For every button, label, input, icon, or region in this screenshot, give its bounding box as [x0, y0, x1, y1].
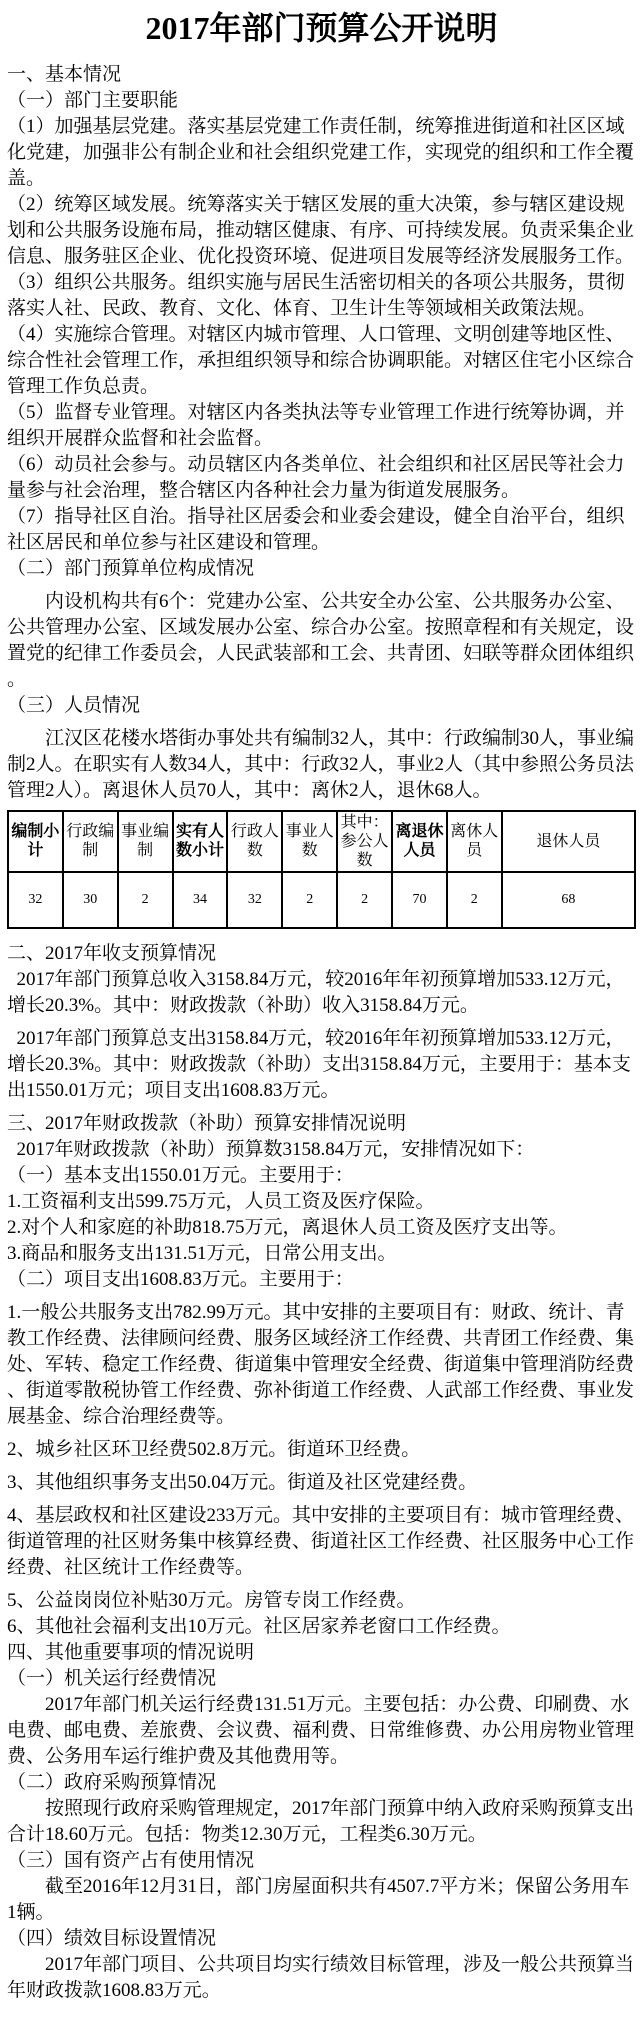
subsection-heading-1-2: （二）部门预算单位构成情况	[7, 556, 636, 582]
col-header-shiye-bianzhi: 事业编制	[118, 811, 173, 872]
subsection-heading-4-3: （三）国有资产占有使用情况	[7, 1848, 636, 1874]
cell-retired-total: 70	[392, 872, 447, 928]
subsection-heading-1-3: （三）人员情况	[7, 693, 636, 719]
subsection-heading-3-2: （二）项目支出1608.83万元。主要用于：	[7, 1267, 636, 1293]
paragraph-project-item-2: 2、城乡社区环卫经费502.8万元。街道环卫经费。	[7, 1437, 636, 1463]
paragraph-duty-1: （1）加强基层党建。落实基层党建工作责任制，统筹推进街道和社区区域化党建，加强非…	[7, 114, 636, 192]
paragraph-duty-5: （5）监督专业管理。对辖区内各类执法等专业管理工作进行统筹协调，并组织开展群众监…	[7, 400, 636, 452]
cell-actual-subtotal: 34	[173, 872, 228, 928]
col-header-lixiu: 离休人员	[447, 811, 502, 872]
col-header-actual-subtotal: 实有人数小计	[173, 811, 228, 872]
paragraph-operating-cost: 2017年部门机关运行经费131.51万元。主要包括：办公费、印刷费、水电费、邮…	[7, 1692, 636, 1770]
paragraph-duty-6: （6）动员社会参与。动员辖区内各类单位、社会组织和社区居民等社会力量参与社会治理…	[7, 452, 636, 504]
paragraph-project-item-1: 1.一般公共服务支出782.99万元。其中安排的主要项目有：财政、统计、青教工作…	[7, 1300, 636, 1430]
col-header-admin-count: 行政人数	[227, 811, 282, 872]
col-header-retired-total: 离退休人员	[392, 811, 447, 872]
paragraph-duty-3: （3）组织公共服务。组织实施与居民生活密切相关的各项公共服务，贯彻落实人社、民政…	[7, 270, 636, 322]
paragraph-staffing: 江汉区花楼水塔街办事处共有编制32人，其中：行政编制30人，事业编制2人。在职实…	[7, 726, 636, 804]
paragraph-project-item-3: 3、其他组织事务支出50.04万元。街道及社区党建经费。	[7, 1470, 636, 1496]
budget-document: 2017年部门预算公开说明 一、基本情况 （一）部门主要职能 （1）加强基层党建…	[0, 0, 640, 2018]
col-header-tuixiu: 退休人员	[502, 811, 635, 872]
table-header-row: 编制小计 行政编制 事业编制 实有人数小计 行政人数 事业人数 其中：参公人数 …	[8, 811, 635, 872]
paragraph-basic-item-3: 3.商品和服务支出131.51万元，日常公用支出。	[7, 1241, 636, 1267]
subsection-heading-4-4: （四）绩效目标设置情况	[7, 1926, 636, 1952]
paragraph-basic-item-1: 1.工资福利支出599.75万元，人员工资及医疗保险。	[7, 1189, 636, 1215]
cell-shiye-count: 2	[282, 872, 337, 928]
paragraph-expense: 2017年部门预算总支出3158.84万元，较2016年年初预算增加533.12…	[7, 1026, 636, 1104]
paragraph-project-item-6: 6、其他社会福利支出10万元。社区居家养老窗口工作经费。	[7, 1614, 636, 1640]
subsection-heading-4-2: （二）政府采购预算情况	[7, 1770, 636, 1796]
cell-cangong-count: 2	[337, 872, 392, 928]
paragraph-income: 2017年部门预算总收入3158.84万元，较2016年年初预算增加533.12…	[7, 967, 636, 1019]
paragraph-procurement: 按照现行政府采购管理规定，2017年部门预算中纳入政府采购预算支出合计18.60…	[7, 1796, 636, 1848]
paragraph-project-item-5: 5、公益岗岗位补贴30万元。房管专岗工作经费。	[7, 1588, 636, 1614]
cell-shiye-bianzhi: 2	[118, 872, 173, 928]
page-title: 2017年部门预算公开说明	[7, 8, 636, 50]
subsection-heading-3-1: （一）基本支出1550.01万元。主要用于：	[7, 1163, 636, 1189]
paragraph-basic-item-2: 2.对个人和家庭的补助818.75万元，离退休人员工资及医疗支出等。	[7, 1215, 636, 1241]
section-heading-3: 三、2017年财政拨款（补助）预算安排情况说明	[7, 1111, 636, 1137]
subsection-heading-1-1: （一）部门主要职能	[7, 88, 636, 114]
cell-bianzhi-subtotal: 32	[8, 872, 63, 928]
cell-admin-bianzhi: 30	[63, 872, 118, 928]
paragraph-appropriation-total: 2017年财政拨款（补助）预算数3158.84万元，安排情况如下：	[7, 1137, 636, 1163]
section-heading-4: 四、其他重要事项的情况说明	[7, 1640, 636, 1666]
col-header-cangong-count: 其中：参公人数	[337, 811, 392, 872]
paragraph-project-item-4: 4、基层政权和社区建设233万元。其中安排的主要项目有：城市管理经费、街道管理的…	[7, 1503, 636, 1581]
paragraph-performance-goals: 2017年部门项目、公共项目均实行绩效目标管理，涉及一般公共预算当年财政拨款16…	[7, 1952, 636, 2004]
col-header-bianzhi-subtotal: 编制小计	[8, 811, 63, 872]
subsection-heading-4-1: （一）机关运行经费情况	[7, 1666, 636, 1692]
section-heading-1: 一、基本情况	[7, 62, 636, 88]
paragraph-state-assets: 截至2016年12月31日，部门房屋面积共有4507.7平方米；保留公务用车1辆…	[7, 1874, 636, 1926]
paragraph-duty-7: （7）指导社区自治。指导社区居委会和业委会建设，健全自治平台，组织社区居民和单位…	[7, 504, 636, 556]
paragraph-internal-orgs: 内设机构共有6个：党建办公室、公共安全办公室、公共服务办公室、公共管理办公室、区…	[7, 589, 636, 693]
section-heading-2: 二、2017年收支预算情况	[7, 941, 636, 967]
paragraph-duty-2: （2）统筹区域发展。统筹落实关于辖区发展的重大决策，参与辖区建设规划和公共服务设…	[7, 192, 636, 270]
cell-admin-count: 32	[227, 872, 282, 928]
col-header-admin-bianzhi: 行政编制	[63, 811, 118, 872]
staffing-table: 编制小计 行政编制 事业编制 实有人数小计 行政人数 事业人数 其中：参公人数 …	[7, 810, 636, 929]
table-value-row: 32 30 2 34 32 2 2 70 2 68	[8, 872, 635, 928]
cell-tuixiu: 68	[502, 872, 635, 928]
paragraph-duty-4: （4）实施综合管理。对辖区内城市管理、人口管理、文明创建等地区性、综合性社会管理…	[7, 322, 636, 400]
col-header-shiye-count: 事业人数	[282, 811, 337, 872]
cell-lixiu: 2	[447, 872, 502, 928]
